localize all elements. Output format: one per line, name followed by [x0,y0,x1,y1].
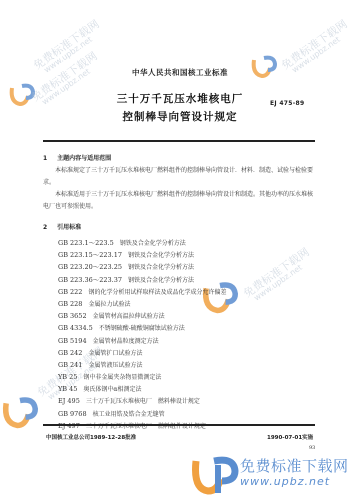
reference-code: GB 4334.5 [58,322,93,334]
reference-title: 钢铁及合金化学分析方法 [128,264,194,271]
reference-item: GB 223.36～223.37钢铁及合金化学分析方法 [58,274,226,286]
reference-code: GB 223.15～223.17 [58,249,122,261]
reference-item: GB 223.1～223.5钢铁及合金化学分析方法 [58,237,226,249]
reference-item: GB 223.15～223.17钢铁及合金化学分析方法 [58,249,226,261]
footer-divider [43,424,315,426]
reference-code: YB 25 [58,371,77,383]
reference-item: GB 5194金属管材晶粒度测定方法 [58,335,226,347]
reference-item: GB 3652金属管材高温拉伸试验方法 [58,310,226,322]
reference-code: GB 242 [58,347,82,359]
reference-item: GB 241金属管液压试验方法 [58,359,226,371]
reference-code: GB 223.20～223.25 [58,261,122,273]
reference-title: 金属管材高温拉伸试验方法 [93,313,165,320]
reference-code: GB 223.1～223.5 [58,237,114,249]
document-title-line1: 三十万千瓦压水堆核电厂 [0,91,360,106]
standard-code: EJ 475-89 [270,100,304,107]
approval-date: 中国核工业总公司1989-12-28批准 [46,433,136,441]
section-number: 1 [43,155,55,162]
reference-code: GB 9768 [58,408,87,420]
reference-item: GB 228金属拉力试验法 [58,298,226,310]
effective-date: 1990-07-01实施 [267,433,313,441]
reference-item: EJ 495三十万千瓦压水堆核电厂 燃料棒设计规定 [58,395,226,407]
header-divider [43,140,315,142]
reference-code: GB 5194 [58,335,87,347]
document-title-line2: 控制棒导向管设计规定 [0,109,360,124]
reference-item: YB 25钢中非金属夹杂物显微测定法 [58,371,226,383]
reference-code: YB 45 [58,383,77,395]
document-page: 免费标准下载网 www.upbz.net 免费标准下载网 www.upbz.ne… [0,0,360,497]
standard-organization: 中华人民共和国核工业标准 [0,67,360,78]
reference-item: GB 223.20～223.25钢铁及合金化学分析方法 [58,261,226,273]
reference-code: GB 223.36～223.37 [58,274,122,286]
reference-item: GB 222钢的化学分析用试样取样法及成品化学成分允许偏差 [58,286,226,298]
section-1-heading: 1 主题内容与适用范围 [43,153,111,162]
reference-code: GB 241 [58,359,82,371]
reference-title: 三十万千瓦压水堆核电厂 燃料棒设计规定 [86,398,200,405]
watermark-bottom-right: 免费标准下载网 www.upbz.net [190,455,360,497]
section-number: 2 [43,224,55,231]
section-title: 主题内容与适用范围 [57,155,111,162]
reference-title: 金属拉力试验法 [88,301,130,308]
reference-title: 不锈钢硫酸-硫酸铜腐蚀试验方法 [99,325,185,332]
section-title: 引用标准 [57,224,81,231]
watermark-text-cn: 免费标准下载网 [240,455,349,476]
watermark-text-cn: 免费标准下载网 [240,244,312,301]
reference-item: GB 242金属管扩口试验方法 [58,347,226,359]
reference-title: 钢中非金属夹杂物显微测定法 [83,374,161,381]
watermark-text-cn: 免费标准下载网 [278,16,350,73]
reference-title: 钢铁及合金化学分析方法 [120,240,186,247]
reference-code: GB 228 [58,298,82,310]
reference-title: 钢铁及合金化学分析方法 [128,252,194,259]
reference-title: 钢的化学分析用试样取样法及成品化学成分允许偏差 [88,289,226,296]
reference-code: EJ 495 [58,395,80,407]
reference-item: GB 9768核工业用锆及锆合金无缝管 [58,408,226,420]
paragraph: 本标准适用于三十万千瓦压水堆核电厂燃料组件的控制棒导向管设计和制造。其他功率的压… [43,189,315,213]
reference-title: 金属管扩口试验方法 [88,350,142,357]
page-number: 93 [309,445,315,451]
reference-title: 奥氏体钢中α相测定法 [83,386,141,393]
watermark-text-url: www.upbz.net [240,475,330,488]
reference-item: GB 4334.5不锈钢硫酸-硫酸铜腐蚀试验方法 [58,322,226,334]
reference-title: 金属管液压试验方法 [88,362,142,369]
reference-code: GB 222 [58,286,82,298]
reference-title: 钢铁及合金化学分析方法 [128,277,194,284]
paragraph: 本标准规定了三十万千瓦压水堆核电厂燃料组件的控制棒导向管设计．材料．制造、试验与… [43,165,315,189]
section-2-heading: 2 引用标准 [43,222,81,231]
reference-title: 核工业用锆及锆合金无缝管 [93,411,165,418]
reference-title: 金属管材晶粒度测定方法 [93,338,159,345]
up-logo-icon [190,455,240,497]
up-logo-icon [0,395,40,431]
reference-list: GB 223.1～223.5钢铁及合金化学分析方法 GB 223.15～223.… [58,237,226,432]
reference-code: GB 3652 [58,310,87,322]
reference-item: YB 45奥氏体钢中α相测定法 [58,383,226,395]
